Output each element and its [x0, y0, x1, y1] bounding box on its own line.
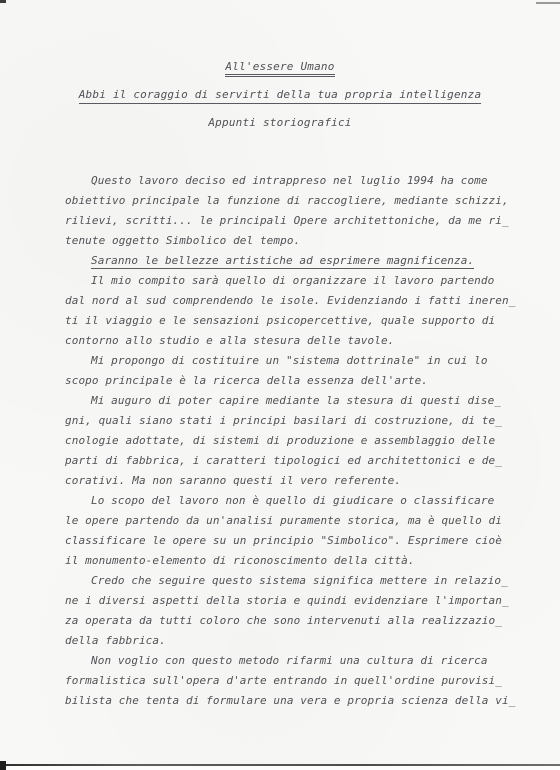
text-line: za operata da tutti coloro che sono inte…	[65, 611, 545, 631]
text-line: classificare le opere su un principio "S…	[65, 531, 545, 551]
text-line: Mi auguro di poter capire mediante la st…	[65, 391, 545, 411]
text-line: il monumento-elemento di riconoscimento …	[65, 551, 545, 571]
dedication-title: All'essere Umano	[0, 60, 560, 73]
text-line-content: Il mio compito sarà quello di organizzar…	[91, 274, 494, 287]
text-line-content: della fabbrica.	[65, 634, 166, 647]
text-line: Lo scopo del lavoro non è quello di giud…	[65, 491, 545, 511]
text-line-content: bilista che tenta di formulare una vera …	[65, 694, 515, 707]
text-line-content: obiettivo principale la funzione di racc…	[65, 194, 509, 207]
text-line: contorno allo studio e alla stesura dell…	[65, 331, 545, 351]
text-line: scopo principale è la ricerca della esse…	[65, 371, 545, 391]
text-line: bilista che tenta di formulare una vera …	[65, 691, 545, 711]
text-line-content: dal nord al sud comprendendo le isole. E…	[65, 294, 515, 307]
text-line: ti il viaggio e le sensazioni psicoperce…	[65, 311, 545, 331]
text-line-content: Mi propongo di costituire un "sistema do…	[91, 354, 488, 367]
text-line-content: tenute oggetto Simbolico del tempo.	[65, 234, 300, 247]
text-line-content: classificare le opere su un principio "S…	[65, 534, 502, 547]
text-line-content: Lo scopo del lavoro non è quello di giud…	[91, 494, 494, 507]
text-line-content: ne i diversi aspetti della storia e quin…	[65, 594, 509, 607]
text-line-content: Mi auguro di poter capire mediante la st…	[91, 394, 501, 407]
text-line: dal nord al sud comprendendo le isole. E…	[65, 291, 545, 311]
text-line: formalistica sull'opera d'arte entrando …	[65, 671, 545, 691]
text-line: tenute oggetto Simbolico del tempo.	[65, 231, 545, 251]
document-body: Questo lavoro deciso ed intrappreso nel …	[65, 171, 545, 711]
text-line-content: parti di fabbrica, i caratteri tipologic…	[65, 454, 502, 467]
text-line-content: ti il viaggio e le sensazioni psicoperce…	[65, 314, 495, 327]
dedication-text: All'essere Umano	[225, 60, 334, 77]
text-line: rilievi, scritti... le principali Opere …	[65, 211, 545, 231]
text-line-content: rilievi, scritti... le principali Opere …	[65, 214, 509, 227]
text-line-content: za operata da tutti coloro che sono inte…	[65, 614, 502, 627]
motto-title: Abbi il coraggio di servirti della tua p…	[0, 88, 560, 101]
text-line: Il mio compito sarà quello di organizzar…	[65, 271, 545, 291]
text-line: obiettivo principale la funzione di racc…	[65, 191, 545, 211]
text-line-content: Non voglio con questo metodo rifarmi una…	[91, 654, 488, 667]
text-line: della fabbrica.	[65, 631, 545, 651]
text-line: Non voglio con questo metodo rifarmi una…	[65, 651, 545, 671]
text-line-content: Questo lavoro deciso ed intrappreso nel …	[91, 174, 488, 187]
text-line: Questo lavoro deciso ed intrappreso nel …	[65, 171, 545, 191]
text-line-content: formalistica sull'opera d'arte entrando …	[65, 674, 502, 687]
scan-corner-mark-bottom-left	[0, 761, 6, 770]
scan-area-below-page	[0, 766, 560, 770]
scanned-typewritten-page: All'essere Umano Abbi il coraggio di ser…	[0, 0, 560, 770]
text-line: cnologie adottate, di sistemi di produzi…	[65, 431, 545, 451]
subtitle: Appunti storiografici	[0, 116, 560, 129]
text-line-content: le opere partendo da un'analisi purament…	[65, 514, 502, 527]
text-line-content: Saranno le bellezze artistiche ad esprim…	[91, 254, 474, 269]
text-line: parti di fabbrica, i caratteri tipologic…	[65, 451, 545, 471]
scan-corner-mark-top-left	[0, 0, 6, 3]
motto-text: Abbi il coraggio di servirti della tua p…	[79, 88, 482, 104]
text-line: Mi propongo di costituire un "sistema do…	[65, 351, 545, 371]
text-line-content: Credo che seguire questo sistema signifi…	[91, 574, 508, 587]
text-line-underlined: Saranno le bellezze artistiche ad esprim…	[65, 251, 545, 271]
scan-mark-top-right	[536, 2, 560, 4]
text-line: ne i diversi aspetti della storia e quin…	[65, 591, 545, 611]
text-line-content: contorno allo studio e alla stesura dell…	[65, 334, 394, 347]
text-line-content: il monumento-elemento di riconoscimento …	[65, 554, 415, 567]
text-line-content: scopo principale è la ricerca della esse…	[65, 374, 428, 387]
text-line: le opere partendo da un'analisi purament…	[65, 511, 545, 531]
text-line: corativi. Ma non saranno questi il vero …	[65, 471, 545, 491]
text-line-content: corativi. Ma non saranno questi il vero …	[65, 474, 401, 487]
text-line-content: cnologie adottate, di sistemi di produzi…	[65, 434, 495, 447]
text-line: gni, quali siano stati i principi basila…	[65, 411, 545, 431]
text-line: Credo che seguire questo sistema signifi…	[65, 571, 545, 591]
text-line-content: gni, quali siano stati i principi basila…	[65, 414, 502, 427]
